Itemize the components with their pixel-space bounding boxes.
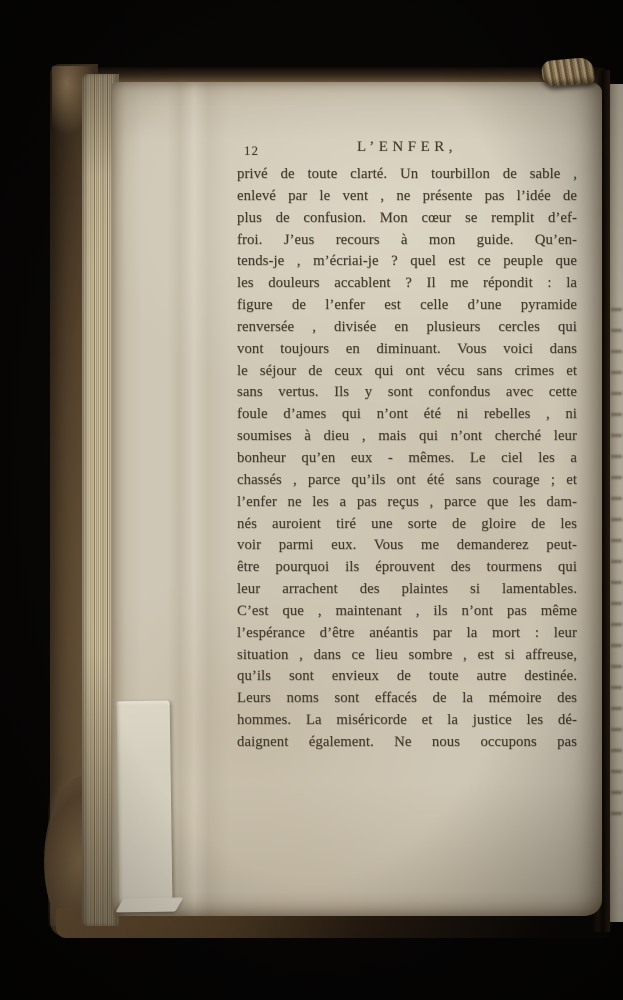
text-line: situation , dans ce lieu sombre , est si…: [237, 645, 577, 667]
page-header: 12 L’ENFER,: [237, 139, 577, 161]
facing-page-text-marks: [611, 299, 622, 819]
text-line: soumises à dieu , mais qui n’ont cherché…: [237, 426, 577, 448]
text-line: C’est que , maintenant , ils n’ont pas m…: [237, 601, 577, 623]
text-line: les douleurs accablent ? Il me répondit …: [237, 273, 577, 295]
headband: [541, 57, 595, 87]
page-number: 12: [244, 143, 259, 159]
text-line: sans vertus. Ils y sont confondus avec c…: [237, 382, 577, 404]
paper-slip: [117, 701, 173, 907]
text-line: l’espérance d’être anéantis par la mort …: [237, 623, 577, 645]
text-line: privé de toute clarté. Un tourbillon de …: [237, 164, 577, 186]
text-line: figure de l’enfer est celle d’une pyrami…: [237, 295, 577, 317]
text-line: Leurs noms sont effacés de la mémoire de…: [237, 688, 577, 710]
text-line: voir parmi eux. Vous me demanderez peut-: [237, 535, 577, 557]
running-title: L’ENFER,: [237, 139, 577, 156]
text-line: l’enfer ne les a pas reçus , parce que l…: [237, 492, 577, 514]
text-line: froi. J’eus recours à mon guide. Qu’en-: [237, 230, 577, 252]
text-line: le séjour de ceux qui ont vécu sans crim…: [237, 361, 577, 383]
text-line: qu’ils sont envieux de toute autre desti…: [237, 666, 577, 688]
text-line: plus de confusion. Mon cœur se remplit d…: [237, 208, 577, 230]
text-line: être pourquoi ils éprouvent des tourmens…: [237, 557, 577, 579]
photo-backdrop: 12 L’ENFER, privé de toute clarté. Un to…: [0, 0, 623, 1000]
text-line: hommes. La miséricorde et la justice les…: [237, 710, 577, 732]
book-page: 12 L’ENFER, privé de toute clarté. Un to…: [112, 82, 602, 916]
text-line: enlevé par le vent , ne présente pas l’i…: [237, 186, 577, 208]
text-line: leur arrachent des plaintes si lamentabl…: [237, 579, 577, 601]
page-body: privé de toute clarté. Un tourbillon de …: [237, 164, 577, 754]
text-line: vont toujours en diminuant. Vous voici d…: [237, 339, 577, 361]
text-line: foule d’ames qui n’ont été ni rebelles ,…: [237, 404, 577, 426]
text-line: daignent également. Ne nous occupons pas: [237, 732, 577, 754]
text-line: nés auroient tiré une sorte de gloire de…: [237, 514, 577, 536]
text-line: renversée , divisée en plusieurs cercles…: [237, 317, 577, 339]
text-line: chassés , parce qu’ils ont été sans cour…: [237, 470, 577, 492]
text-line: tends-je , m’écriai-je ? quel est ce peu…: [237, 251, 577, 273]
text-line: bonheur qu’en eux - mêmes. Le ciel les a: [237, 448, 577, 470]
